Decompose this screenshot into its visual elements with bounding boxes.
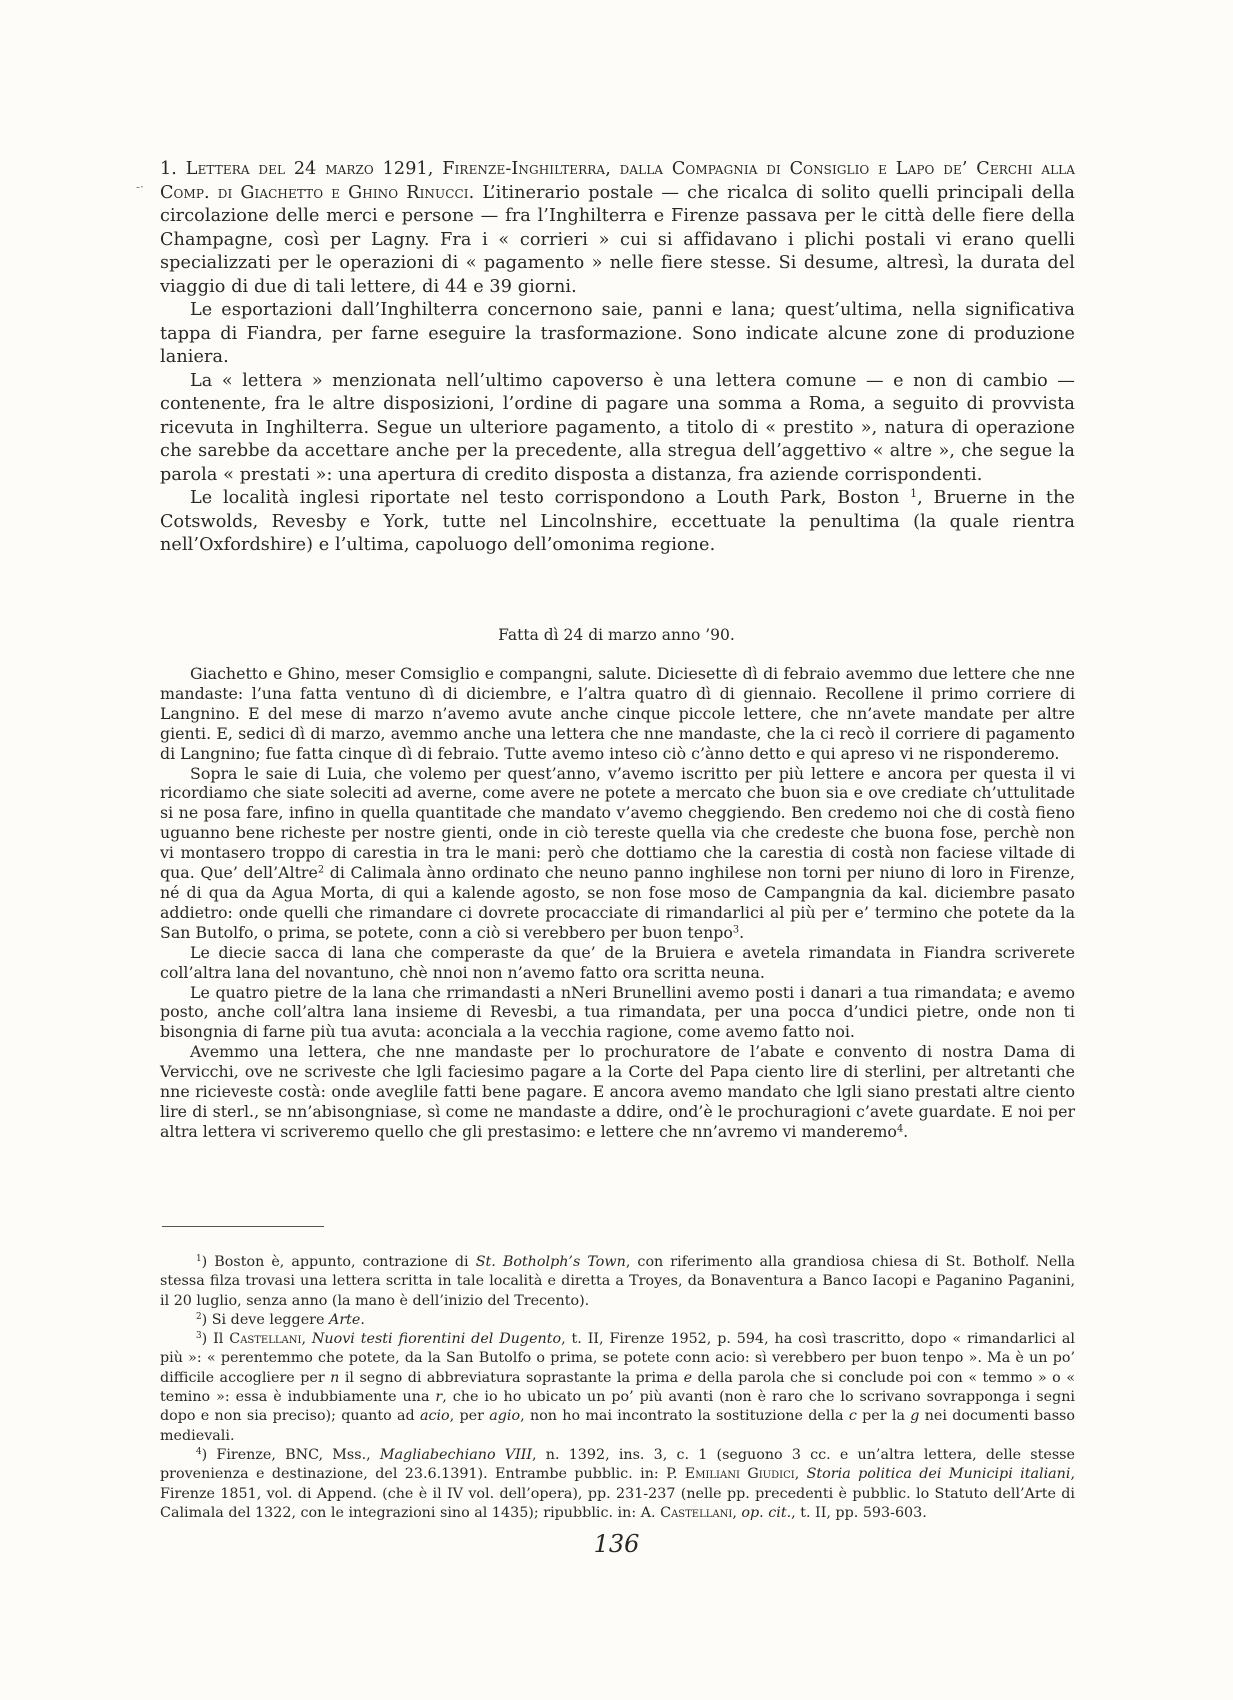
letter-paragraph-5: Avemmo una lettera, che nne mandaste per…	[160, 1042, 1075, 1142]
commentary-paragraph-3: La « lettera » menzionata nell’ultimo ca…	[160, 370, 1075, 488]
footnote-1: 1) Boston è, appunto, contrazione di St.…	[160, 1253, 1075, 1311]
footnote-4: 4) Firenze, BNC, Mss., Magliabechiano VI…	[160, 1446, 1075, 1523]
footnote-3: 3) Il Castellani, Nuovi testi fiorentini…	[160, 1330, 1075, 1446]
entry-number: 1.	[160, 159, 177, 179]
letter-dateline: Fatta dì 24 di marzo anno ’90.	[0, 626, 1233, 644]
letter-paragraph-1: Giachetto e Ghino, meser Comsiglio e com…	[160, 664, 1075, 764]
letter-paragraph-2: Sopra le saie di Luia, che volemo per qu…	[160, 764, 1075, 943]
page-number: 136	[0, 1530, 1233, 1558]
commentary: 1. Lettera del 24 marzo 1291, Firenze-In…	[160, 158, 1075, 558]
letter-text: Giachetto e Ghino, meser Comsiglio e com…	[160, 664, 1075, 1142]
margin-mark: -·	[136, 180, 144, 194]
commentary-paragraph-4: Le località inglesi riportate nel testo …	[160, 487, 1075, 558]
book-page: -· 1. Lettera del 24 marzo 1291, Firenze…	[0, 0, 1233, 1700]
commentary-paragraph-1: 1. Lettera del 24 marzo 1291, Firenze-In…	[160, 158, 1075, 299]
letter-paragraph-4: Le quatro pietre de la lana che rrimanda…	[160, 983, 1075, 1043]
footnotes: 1) Boston è, appunto, contrazione di St.…	[160, 1253, 1075, 1523]
footnote-divider	[162, 1226, 324, 1227]
commentary-paragraph-2: Le esportazioni dall’Inghilterra concern…	[160, 299, 1075, 370]
footnote-2: 2) Si deve leggere Arte.	[160, 1311, 1075, 1330]
letter-paragraph-3: Le diecie sacca di lana che comperaste d…	[160, 943, 1075, 983]
